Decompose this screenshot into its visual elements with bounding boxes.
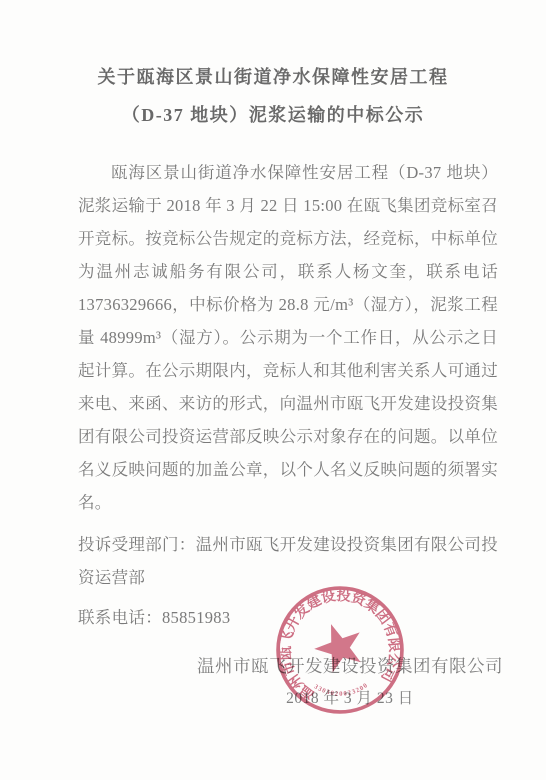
title-line-2: （D-37 地块）泥浆运输的中标公示 (0, 96, 546, 134)
complaint-department-line: 投诉受理部门：温州市瓯飞开发建设投资集团有限公司投资运营部 (78, 528, 498, 594)
document-body: 瓯海区景山街道净水保障性安居工程（D-37 地块）泥浆运输于 2018 年 3 … (78, 156, 498, 634)
announcement-paragraph: 瓯海区景山街道净水保障性安居工程（D-37 地块）泥浆运输于 2018 年 3 … (78, 156, 498, 519)
contact-phone-line: 联系电话：85851983 (78, 601, 498, 634)
signature-company: 温州市瓯飞开发建设投资集团有限公司 (182, 655, 518, 677)
signature-date: 2018 年 3 月 23 日 (182, 689, 518, 709)
signature-block: 温州市瓯飞开发建设投资集团有限公司 2018 年 3 月 23 日 (182, 655, 518, 709)
title-line-1: 关于瓯海区景山街道净水保障性安居工程 (0, 58, 546, 96)
document-title: 关于瓯海区景山街道净水保障性安居工程 （D-37 地块）泥浆运输的中标公示 (0, 58, 546, 134)
document-page: 关于瓯海区景山街道净水保障性安居工程 （D-37 地块）泥浆运输的中标公示 瓯海… (0, 0, 546, 780)
